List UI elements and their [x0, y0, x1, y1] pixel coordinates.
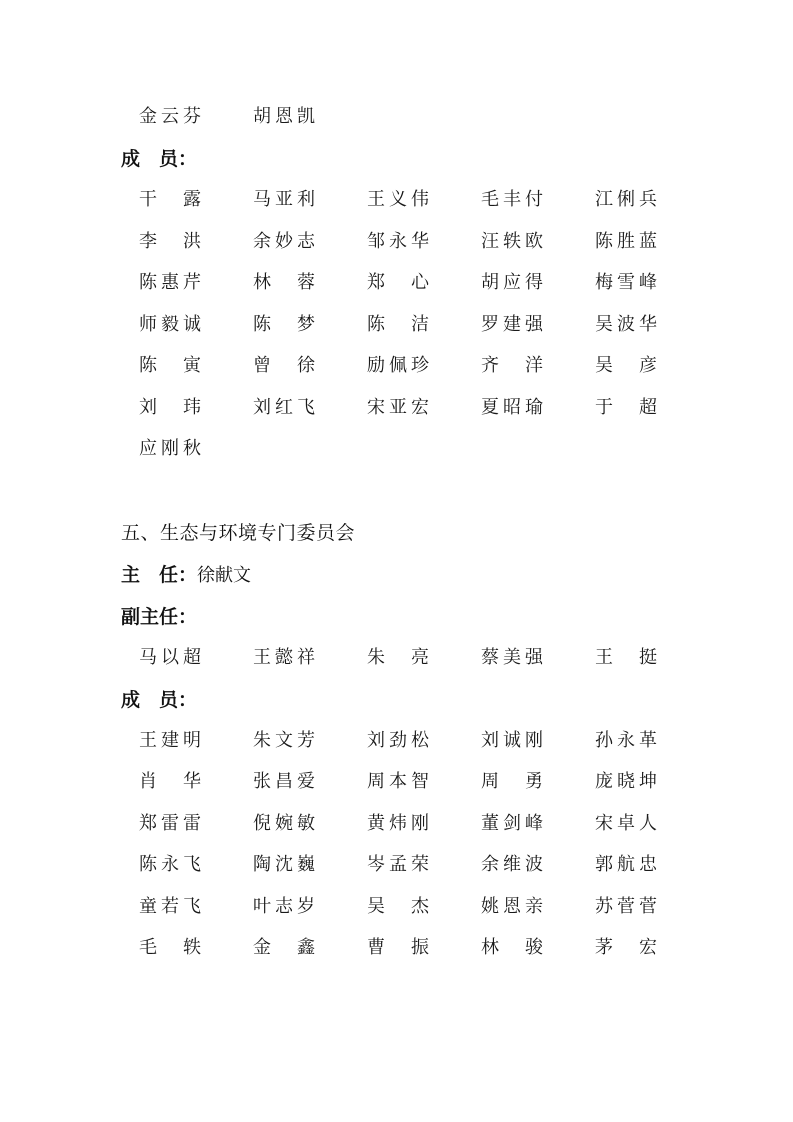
name-char: 吴	[367, 895, 385, 919]
name-char: 金	[253, 936, 271, 960]
name-char: 波	[525, 853, 543, 877]
name-char: 周	[481, 770, 499, 794]
name-char: 轶	[503, 230, 521, 254]
name-char: 若	[161, 895, 179, 919]
name-char: 董	[481, 812, 499, 836]
name-char: 美	[503, 646, 521, 670]
chair-row: 主 任：徐献文	[0, 560, 793, 590]
members-row: 童若飞叶志岁吴杰姚恩亲苏菅菅	[0, 892, 793, 922]
name-char: 马	[139, 646, 157, 670]
name-char: 露	[183, 188, 201, 212]
name-char: 郑	[367, 271, 385, 295]
name-char: 岑	[367, 853, 385, 877]
name-char: 明	[183, 729, 201, 753]
name-cell: 苏菅菅	[595, 895, 657, 919]
name-char: 王	[595, 646, 613, 670]
name-cell: 曹振	[367, 936, 429, 960]
name-char: 凯	[297, 105, 315, 129]
name-cell: 陈惠芹	[139, 271, 201, 295]
name-char: 雪	[617, 271, 635, 295]
name-char: 彦	[639, 354, 657, 378]
name-char: 林	[481, 936, 499, 960]
name-cell: 胡恩凯	[253, 105, 315, 129]
name-char: 郭	[595, 853, 613, 877]
members-row: 肖华张昌爱周本智周勇庞晓坤	[0, 767, 793, 797]
name-cell: 应刚秋	[139, 437, 201, 461]
name-char: 刘	[253, 396, 271, 420]
name-cell: 郑雷雷	[139, 812, 201, 836]
name-char: 兵	[639, 188, 657, 212]
name-char: 周	[367, 770, 385, 794]
name-char: 昭	[503, 396, 521, 420]
chair-label-text: 主 任：	[121, 564, 197, 586]
name-char: 宏	[639, 936, 657, 960]
name-cell: 曾徐	[253, 354, 315, 378]
name-cell: 罗建强	[481, 313, 543, 337]
name-char: 伟	[411, 188, 429, 212]
name-char: 毛	[481, 188, 499, 212]
name-char: 黄	[367, 812, 385, 836]
members-label-row: 成 员：	[0, 144, 793, 174]
name-char: 佩	[389, 354, 407, 378]
members-row: 刘玮刘红飞宋亚宏夏昭瑜于超	[0, 393, 793, 423]
name-char: 懿	[275, 646, 293, 670]
name-char: 倪	[253, 812, 271, 836]
name-char: 寅	[183, 354, 201, 378]
name-char: 挺	[639, 646, 657, 670]
vice-chairs-continued-row: 金云芬 胡恩凯	[0, 102, 793, 132]
name-cell: 宋亚宏	[367, 396, 429, 420]
members-row: 毛轶金鑫曹振林骏茅宏	[0, 933, 793, 963]
members-row: 郑雷雷倪婉敏黄炜刚董剑峰宋卓人	[0, 809, 793, 839]
name-cell: 陈永飞	[139, 853, 201, 877]
name-char: 得	[525, 271, 543, 295]
name-char: 吴	[595, 354, 613, 378]
name-cell: 江俐兵	[595, 188, 657, 212]
name-cell: 王义伟	[367, 188, 429, 212]
name-char: 巍	[297, 853, 315, 877]
name-char: 卓	[617, 812, 635, 836]
name-cell: 姚恩亲	[481, 895, 543, 919]
name-char: 忠	[639, 853, 657, 877]
name-char: 义	[389, 188, 407, 212]
name-char: 蔡	[481, 646, 499, 670]
name-cell: 吴杰	[367, 895, 429, 919]
name-char: 华	[639, 313, 657, 337]
name-cell: 朱文芳	[253, 729, 315, 753]
name-cell: 王挺	[595, 646, 657, 670]
name-char: 朱	[367, 646, 385, 670]
name-char: 肖	[139, 770, 157, 794]
name-char: 强	[525, 313, 543, 337]
name-char: 励	[367, 354, 385, 378]
name-char: 金	[139, 105, 157, 129]
name-char: 劲	[389, 729, 407, 753]
name-char: 航	[617, 853, 635, 877]
members-row: 王建明朱文芳刘劲松刘诚刚孙永革	[0, 726, 793, 756]
members-row: 应刚秋	[0, 434, 793, 464]
name-char: 芬	[183, 105, 201, 129]
name-char: 吴	[595, 313, 613, 337]
name-cell: 金云芬	[139, 105, 201, 129]
name-char: 付	[525, 188, 543, 212]
name-char: 爱	[297, 770, 315, 794]
name-char: 叶	[253, 895, 271, 919]
name-char: 应	[139, 437, 157, 461]
name-cell: 干露	[139, 188, 201, 212]
name-cell: 梅雪峰	[595, 271, 657, 295]
name-char: 胡	[253, 105, 271, 129]
name-char: 苏	[595, 895, 613, 919]
name-char: 胜	[617, 230, 635, 254]
name-char: 刚	[161, 437, 179, 461]
name-cell: 童若飞	[139, 895, 201, 919]
name-char: 芹	[183, 271, 201, 295]
name-cell: 郭航忠	[595, 853, 657, 877]
name-char: 华	[183, 770, 201, 794]
name-char: 婉	[275, 812, 293, 836]
name-char: 轶	[183, 936, 201, 960]
name-char: 惠	[161, 271, 179, 295]
name-char: 建	[503, 313, 521, 337]
name-char: 永	[389, 230, 407, 254]
name-char: 邹	[367, 230, 385, 254]
name-char: 骏	[525, 936, 543, 960]
name-char: 波	[617, 313, 635, 337]
name-char: 王	[253, 646, 271, 670]
members-label-row: 成 员：	[0, 685, 793, 715]
section-heading: 五、生态与环境专门委员会	[121, 521, 355, 545]
name-char: 夏	[481, 396, 499, 420]
name-char: 岁	[297, 895, 315, 919]
name-char: 朱	[253, 729, 271, 753]
name-cell: 岑孟荣	[367, 853, 429, 877]
name-cell: 茅宏	[595, 936, 657, 960]
name-char: 王	[367, 188, 385, 212]
members-row: 陈寅曾徐励佩珍齐洋吴彦	[0, 351, 793, 381]
name-cell: 肖华	[139, 770, 201, 794]
name-char: 松	[411, 729, 429, 753]
name-cell: 李洪	[139, 230, 201, 254]
name-char: 珍	[411, 354, 429, 378]
name-cell: 马以超	[139, 646, 201, 670]
name-char: 秋	[183, 437, 201, 461]
name-char: 诚	[503, 729, 521, 753]
name-char: 洋	[525, 354, 543, 378]
name-char: 刘	[139, 396, 157, 420]
name-cell: 吴彦	[595, 354, 657, 378]
name-char: 江	[595, 188, 613, 212]
name-char: 飞	[183, 895, 201, 919]
name-char: 心	[411, 271, 429, 295]
name-char: 姚	[481, 895, 499, 919]
chair-name: 徐献文	[197, 565, 251, 586]
name-char: 陶	[253, 853, 271, 877]
name-char: 以	[161, 646, 179, 670]
vice-chairs-label-row: 副主任：	[0, 602, 793, 632]
name-char: 芳	[297, 729, 315, 753]
members-label: 成 员：	[121, 688, 197, 712]
name-char: 马	[253, 188, 271, 212]
name-char: 亚	[275, 188, 293, 212]
name-char: 毛	[139, 936, 157, 960]
name-char: 蓝	[639, 230, 657, 254]
name-char: 革	[639, 729, 657, 753]
name-cell: 陈胜蓝	[595, 230, 657, 254]
name-char: 勇	[525, 770, 543, 794]
name-char: 恩	[503, 895, 521, 919]
name-cell: 余妙志	[253, 230, 315, 254]
name-cell: 庞晓坤	[595, 770, 657, 794]
name-char: 恩	[275, 105, 293, 129]
name-char: 雷	[161, 812, 179, 836]
name-cell: 张昌爱	[253, 770, 315, 794]
name-cell: 毛轶	[139, 936, 201, 960]
name-cell: 刘诚刚	[481, 729, 543, 753]
name-char: 宏	[411, 396, 429, 420]
name-char: 应	[503, 271, 521, 295]
name-cell: 于超	[595, 396, 657, 420]
name-cell: 汪轶欧	[481, 230, 543, 254]
name-cell: 刘红飞	[253, 396, 315, 420]
name-char: 菅	[617, 895, 635, 919]
name-cell: 师毅诚	[139, 313, 201, 337]
name-char: 峰	[525, 812, 543, 836]
name-char: 本	[389, 770, 407, 794]
name-cell: 金鑫	[253, 936, 315, 960]
name-char: 师	[139, 313, 157, 337]
name-char: 孙	[595, 729, 613, 753]
name-cell: 励佩珍	[367, 354, 429, 378]
name-char: 王	[139, 729, 157, 753]
name-char: 陈	[253, 313, 271, 337]
name-char: 刚	[525, 729, 543, 753]
section-five-heading-row: 五、生态与环境专门委员会	[0, 518, 793, 548]
name-cell: 林蓉	[253, 271, 315, 295]
name-char: 永	[617, 729, 635, 753]
name-char: 汪	[481, 230, 499, 254]
name-cell: 夏昭瑜	[481, 396, 543, 420]
name-char: 曾	[253, 354, 271, 378]
name-cell: 邹永华	[367, 230, 429, 254]
name-char: 诚	[183, 313, 201, 337]
name-char: 华	[411, 230, 429, 254]
name-char: 洪	[183, 230, 201, 254]
name-char: 峰	[639, 271, 657, 295]
name-cell: 齐洋	[481, 354, 543, 378]
name-char: 人	[639, 812, 657, 836]
name-char: 祥	[297, 646, 315, 670]
name-char: 玮	[183, 396, 201, 420]
name-char: 超	[639, 396, 657, 420]
name-char: 永	[161, 853, 179, 877]
name-char: 毅	[161, 313, 179, 337]
name-char: 刘	[367, 729, 385, 753]
vice-chairs-label: 副主任：	[121, 605, 197, 629]
name-char: 刚	[411, 812, 429, 836]
name-char: 文	[275, 729, 293, 753]
name-char: 梅	[595, 271, 613, 295]
name-cell: 陶沈巍	[253, 853, 315, 877]
name-cell: 蔡美强	[481, 646, 543, 670]
name-char: 智	[411, 770, 429, 794]
name-cell: 董剑峰	[481, 812, 543, 836]
name-char: 维	[503, 853, 521, 877]
name-char: 陈	[595, 230, 613, 254]
name-char: 庞	[595, 770, 613, 794]
name-char: 陈	[139, 354, 157, 378]
name-char: 宋	[595, 812, 613, 836]
name-char: 亲	[525, 895, 543, 919]
name-char: 敏	[297, 812, 315, 836]
name-cell: 吴波华	[595, 313, 657, 337]
name-char: 李	[139, 230, 157, 254]
name-char: 齐	[481, 354, 499, 378]
name-cell: 余维波	[481, 853, 543, 877]
name-char: 梦	[297, 313, 315, 337]
name-char: 雷	[183, 812, 201, 836]
name-char: 陈	[367, 313, 385, 337]
name-char: 孟	[389, 853, 407, 877]
members-row: 陈永飞陶沈巍岑孟荣余维波郭航忠	[0, 850, 793, 880]
name-char: 亚	[389, 396, 407, 420]
name-cell: 朱亮	[367, 646, 429, 670]
name-char: 荣	[411, 853, 429, 877]
name-cell: 刘劲松	[367, 729, 429, 753]
name-char: 陈	[139, 853, 157, 877]
name-char: 洁	[411, 313, 429, 337]
name-cell: 倪婉敏	[253, 812, 315, 836]
name-char: 郑	[139, 812, 157, 836]
members-label: 成 员：	[121, 147, 197, 171]
name-char: 志	[275, 895, 293, 919]
name-char: 亮	[411, 646, 429, 670]
name-cell: 叶志岁	[253, 895, 315, 919]
name-char: 茅	[595, 936, 613, 960]
members-row: 干露马亚利王义伟毛丰付江俐兵	[0, 185, 793, 215]
name-cell: 郑心	[367, 271, 429, 295]
name-char: 红	[275, 396, 293, 420]
name-cell: 王建明	[139, 729, 201, 753]
name-char: 坤	[639, 770, 657, 794]
vice-chairs-row: 马以超 王懿祥 朱亮 蔡美强 王挺	[0, 643, 793, 673]
name-char: 欧	[525, 230, 543, 254]
name-cell: 陈洁	[367, 313, 429, 337]
name-char: 飞	[297, 396, 315, 420]
name-cell: 陈寅	[139, 354, 201, 378]
name-cell: 黄炜刚	[367, 812, 429, 836]
chair-label: 主 任：徐献文	[121, 563, 251, 588]
name-char: 干	[139, 188, 157, 212]
name-char: 晓	[617, 770, 635, 794]
name-char: 鑫	[297, 936, 315, 960]
name-cell: 马亚利	[253, 188, 315, 212]
name-char: 张	[253, 770, 271, 794]
members-row: 李洪余妙志邹永华汪轶欧陈胜蓝	[0, 227, 793, 257]
name-char: 云	[161, 105, 179, 129]
name-char: 俐	[617, 188, 635, 212]
members-row: 师毅诚陈梦陈洁罗建强吴波华	[0, 310, 793, 340]
name-char: 飞	[183, 853, 201, 877]
name-char: 宋	[367, 396, 385, 420]
name-char: 杰	[411, 895, 429, 919]
name-cell: 林骏	[481, 936, 543, 960]
name-char: 余	[481, 853, 499, 877]
name-char: 超	[183, 646, 201, 670]
name-char: 沈	[275, 853, 293, 877]
name-char: 菅	[639, 895, 657, 919]
name-cell: 毛丰付	[481, 188, 543, 212]
name-char: 胡	[481, 271, 499, 295]
name-cell: 宋卓人	[595, 812, 657, 836]
name-cell: 周勇	[481, 770, 543, 794]
name-char: 蓉	[297, 271, 315, 295]
name-char: 剑	[503, 812, 521, 836]
name-char: 妙	[275, 230, 293, 254]
name-cell: 周本智	[367, 770, 429, 794]
members-row: 陈惠芹林蓉郑心胡应得梅雪峰	[0, 268, 793, 298]
name-char: 强	[525, 646, 543, 670]
name-char: 刘	[481, 729, 499, 753]
name-char: 曹	[367, 936, 385, 960]
name-char: 建	[161, 729, 179, 753]
name-cell: 陈梦	[253, 313, 315, 337]
name-char: 于	[595, 396, 613, 420]
name-char: 丰	[503, 188, 521, 212]
name-char: 陈	[139, 271, 157, 295]
name-cell: 王懿祥	[253, 646, 315, 670]
name-char: 瑜	[525, 396, 543, 420]
name-cell: 孙永革	[595, 729, 657, 753]
name-char: 振	[411, 936, 429, 960]
name-char: 昌	[275, 770, 293, 794]
name-char: 炜	[389, 812, 407, 836]
name-cell: 胡应得	[481, 271, 543, 295]
name-char: 余	[253, 230, 271, 254]
name-char: 林	[253, 271, 271, 295]
name-cell: 刘玮	[139, 396, 201, 420]
name-char: 利	[297, 188, 315, 212]
name-char: 志	[297, 230, 315, 254]
name-char: 童	[139, 895, 157, 919]
name-char: 罗	[481, 313, 499, 337]
name-char: 徐	[297, 354, 315, 378]
